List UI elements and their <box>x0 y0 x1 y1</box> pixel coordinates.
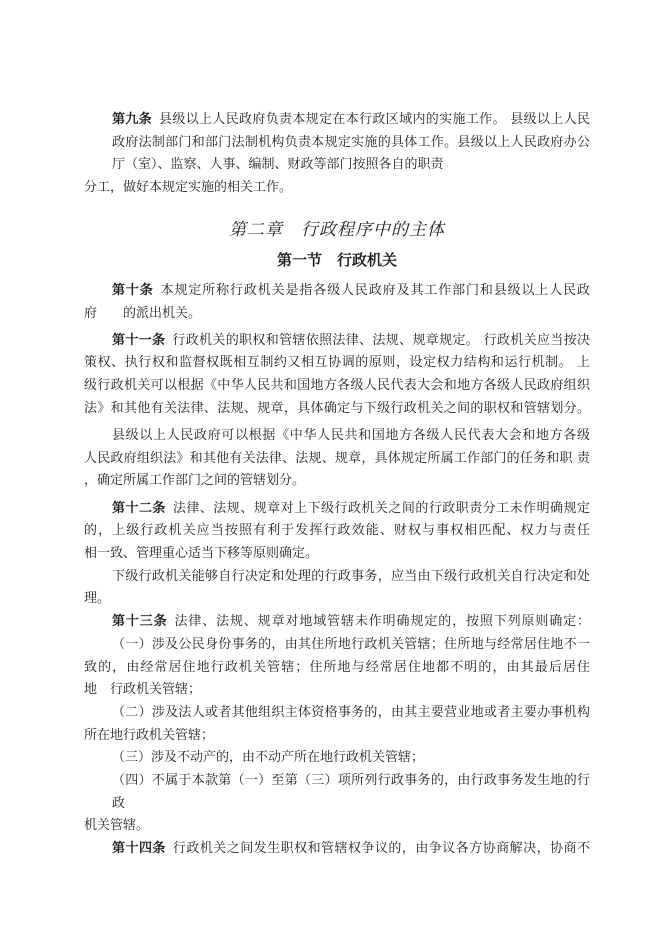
text-line: 的，上级行政机关应当按照有利于发挥行政效能、财权与事权相匹配、权力与责任 <box>84 520 590 543</box>
text-line: 第十二条法律、法规、规章对上下级行政机关之间的行政职责分工未作明确规定 <box>84 498 590 521</box>
text-line: 地 行政机关管辖； <box>84 679 590 702</box>
article-number: 第十三条 <box>112 614 168 629</box>
text-line: 政府法制部门和部门法制机构负责本规定实施的具体工作。县级以上人民政府办公 <box>84 132 590 155</box>
text-line: 法》和其他有关法律、法规、规章，具体确定与下级行政机关之间的职权和管辖划分。 <box>84 398 590 421</box>
text-line: 策权、执行权和监督权既相互制约又相互协调的原则，设定权力结构和运行机制。 上 <box>84 352 590 375</box>
text-line: 厅（室）、监察、人事、编制、财政等部门按照各自的职责 <box>84 154 590 177</box>
article-number: 第十一条 <box>112 333 165 348</box>
paragraph: 第十二条法律、法规、规章对上下级行政机关之间的行政职责分工未作明确规定的，上级行… <box>84 498 590 612</box>
text-line: （三）涉及不动产的，由不动产所在地行政机关管辖； <box>84 747 590 770</box>
article-number: 第十二条 <box>112 501 166 516</box>
text-line: 理。 <box>84 588 590 611</box>
paragraph: 第十一条行政机关的职权和管辖依照法律、法规、规章规定。 行政机关应当按决策权、执… <box>84 330 590 421</box>
text-line: 第十一条行政机关的职权和管辖依照法律、法规、规章规定。 行政机关应当按决 <box>84 330 590 353</box>
text-line: 人民政府组织法》和其他有关法律、法规、规章，具体规定所属工作部门的任务和职 责 <box>84 448 590 471</box>
text-line: 所在地行政机关管辖； <box>84 725 590 748</box>
text-line: （四）不属于本款第（一）至第（三）项所列行政事务的，由行政事务发生地的行 政 <box>84 770 590 815</box>
text-line: 致的，由经常居住地行政机关管辖；住所地与经常居住地都不明的，由其最后居住 <box>84 657 590 680</box>
paragraph: 第九条县级以上人民政府负责本规定在本行政区域内的实施工作。 县级以上人民政府法制… <box>84 109 590 200</box>
text-line: 第十三条法律、法规、规章对地域管辖未作明确规定的，按照下列原则确定： <box>84 611 590 634</box>
document-page: 第九条县级以上人民政府负责本规定在本行政区域内的实施工作。 县级以上人民政府法制… <box>0 0 664 929</box>
article-number: 第九条 <box>112 112 152 127</box>
text-line: 下级行政机关能够自行决定和处理的行政事务，应当由下级行政机关自行决定和处 <box>84 566 590 589</box>
text-line: ，确定所属工作部门之间的管辖划分。 <box>84 470 590 493</box>
text-line: 级行政机关可以根据《中华人民共和国地方各级人民代表大会和地方各级人民政府组织 <box>84 375 590 398</box>
text-line: 府 的派出机关。 <box>84 303 590 326</box>
section-heading: 第一节 行政机关 <box>84 245 590 275</box>
paragraph: 第十四条行政机关之间发生职权和管辖权争议的，由争议各方协商解决，协商不 <box>84 838 590 861</box>
paragraph: 第十条本规定所称行政机关是指各级人民政府及其工作部门和县级以上人民政府 的派出机… <box>84 280 590 325</box>
text-line: （二）涉及法人或者其他组织主体资格事务的，由其主要营业地或者主要办事机构 <box>84 702 590 725</box>
text-line: 相一致、管理重心适当下移等原则确定。 <box>84 543 590 566</box>
text-line: 分工，做好本规定实施的相关工作。 <box>84 177 590 200</box>
paragraph: 第十三条法律、法规、规章对地域管辖未作明确规定的，按照下列原则确定：（一）涉及公… <box>84 611 590 838</box>
text-line: 第九条县级以上人民政府负责本规定在本行政区域内的实施工作。 县级以上人民 <box>84 109 590 132</box>
text-line: 第十条本规定所称行政机关是指各级人民政府及其工作部门和县级以上人民政 <box>84 280 590 303</box>
text-line: 第十四条行政机关之间发生职权和管辖权争议的，由争议各方协商解决，协商不 <box>84 838 590 861</box>
paragraph: 县级以上人民政府可以根据《中华人民共和国地方各级人民代表大会和地方各级人民政府组… <box>84 425 590 493</box>
article-number: 第十四条 <box>112 841 166 856</box>
article-number: 第十条 <box>112 283 154 298</box>
text-line: 机关管辖。 <box>84 815 590 838</box>
text-line: 县级以上人民政府可以根据《中华人民共和国地方各级人民代表大会和地方各级 <box>84 425 590 448</box>
text-line: （一）涉及公民身份事务的，由其住所地行政机关管辖；住所地与经常居住地不一 <box>84 634 590 657</box>
chapter-heading: 第二章 行政程序中的主体 <box>84 215 590 245</box>
